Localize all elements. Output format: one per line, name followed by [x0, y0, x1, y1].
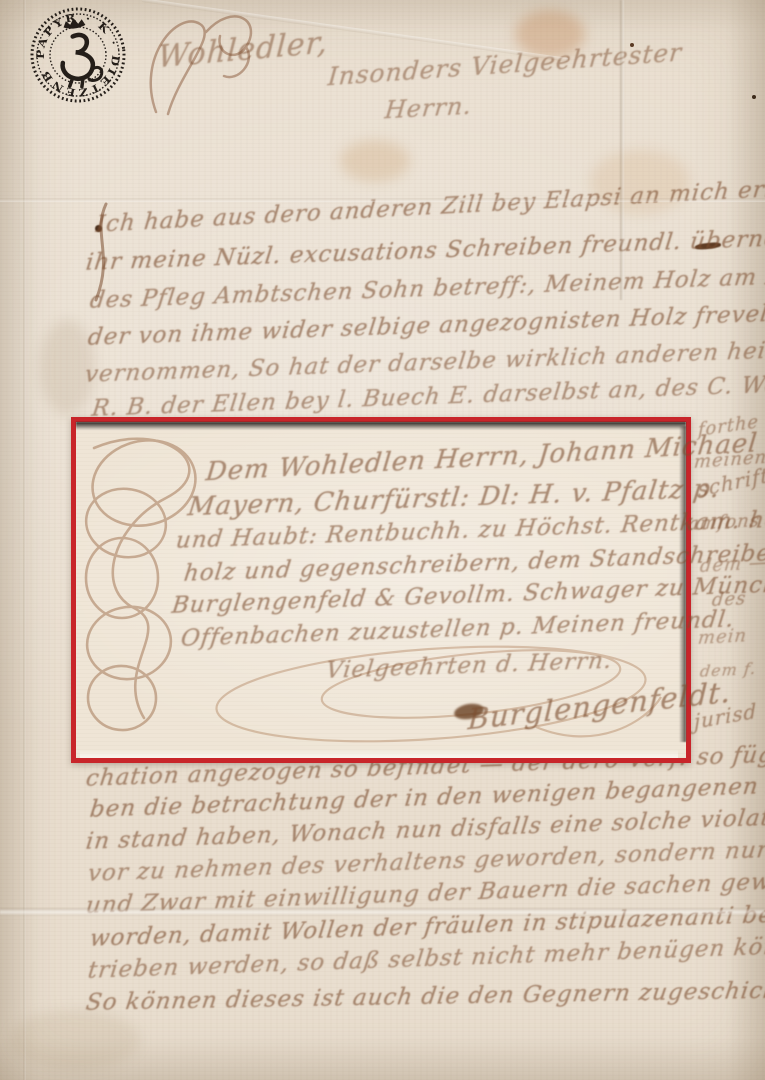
letter-scan: PAPYR · K · DIETZENB Wohledler,Insonders…: [0, 0, 765, 1080]
margin-fragment-line: jurisd: [694, 699, 758, 734]
margin-fragment-line: dem —: [699, 552, 765, 577]
margin-fragment-line: mein: [697, 625, 748, 649]
margin-fragment-line: forthe: [698, 411, 759, 441]
margin-fragment-line: des: [711, 588, 748, 611]
margin-fragment-line: amfons: [687, 510, 761, 535]
margin-fragment-line: dem f.: [699, 659, 757, 681]
margin-fragments-block: forthemeinenschriftamfonsdem —desmeindem…: [0, 0, 765, 1080]
